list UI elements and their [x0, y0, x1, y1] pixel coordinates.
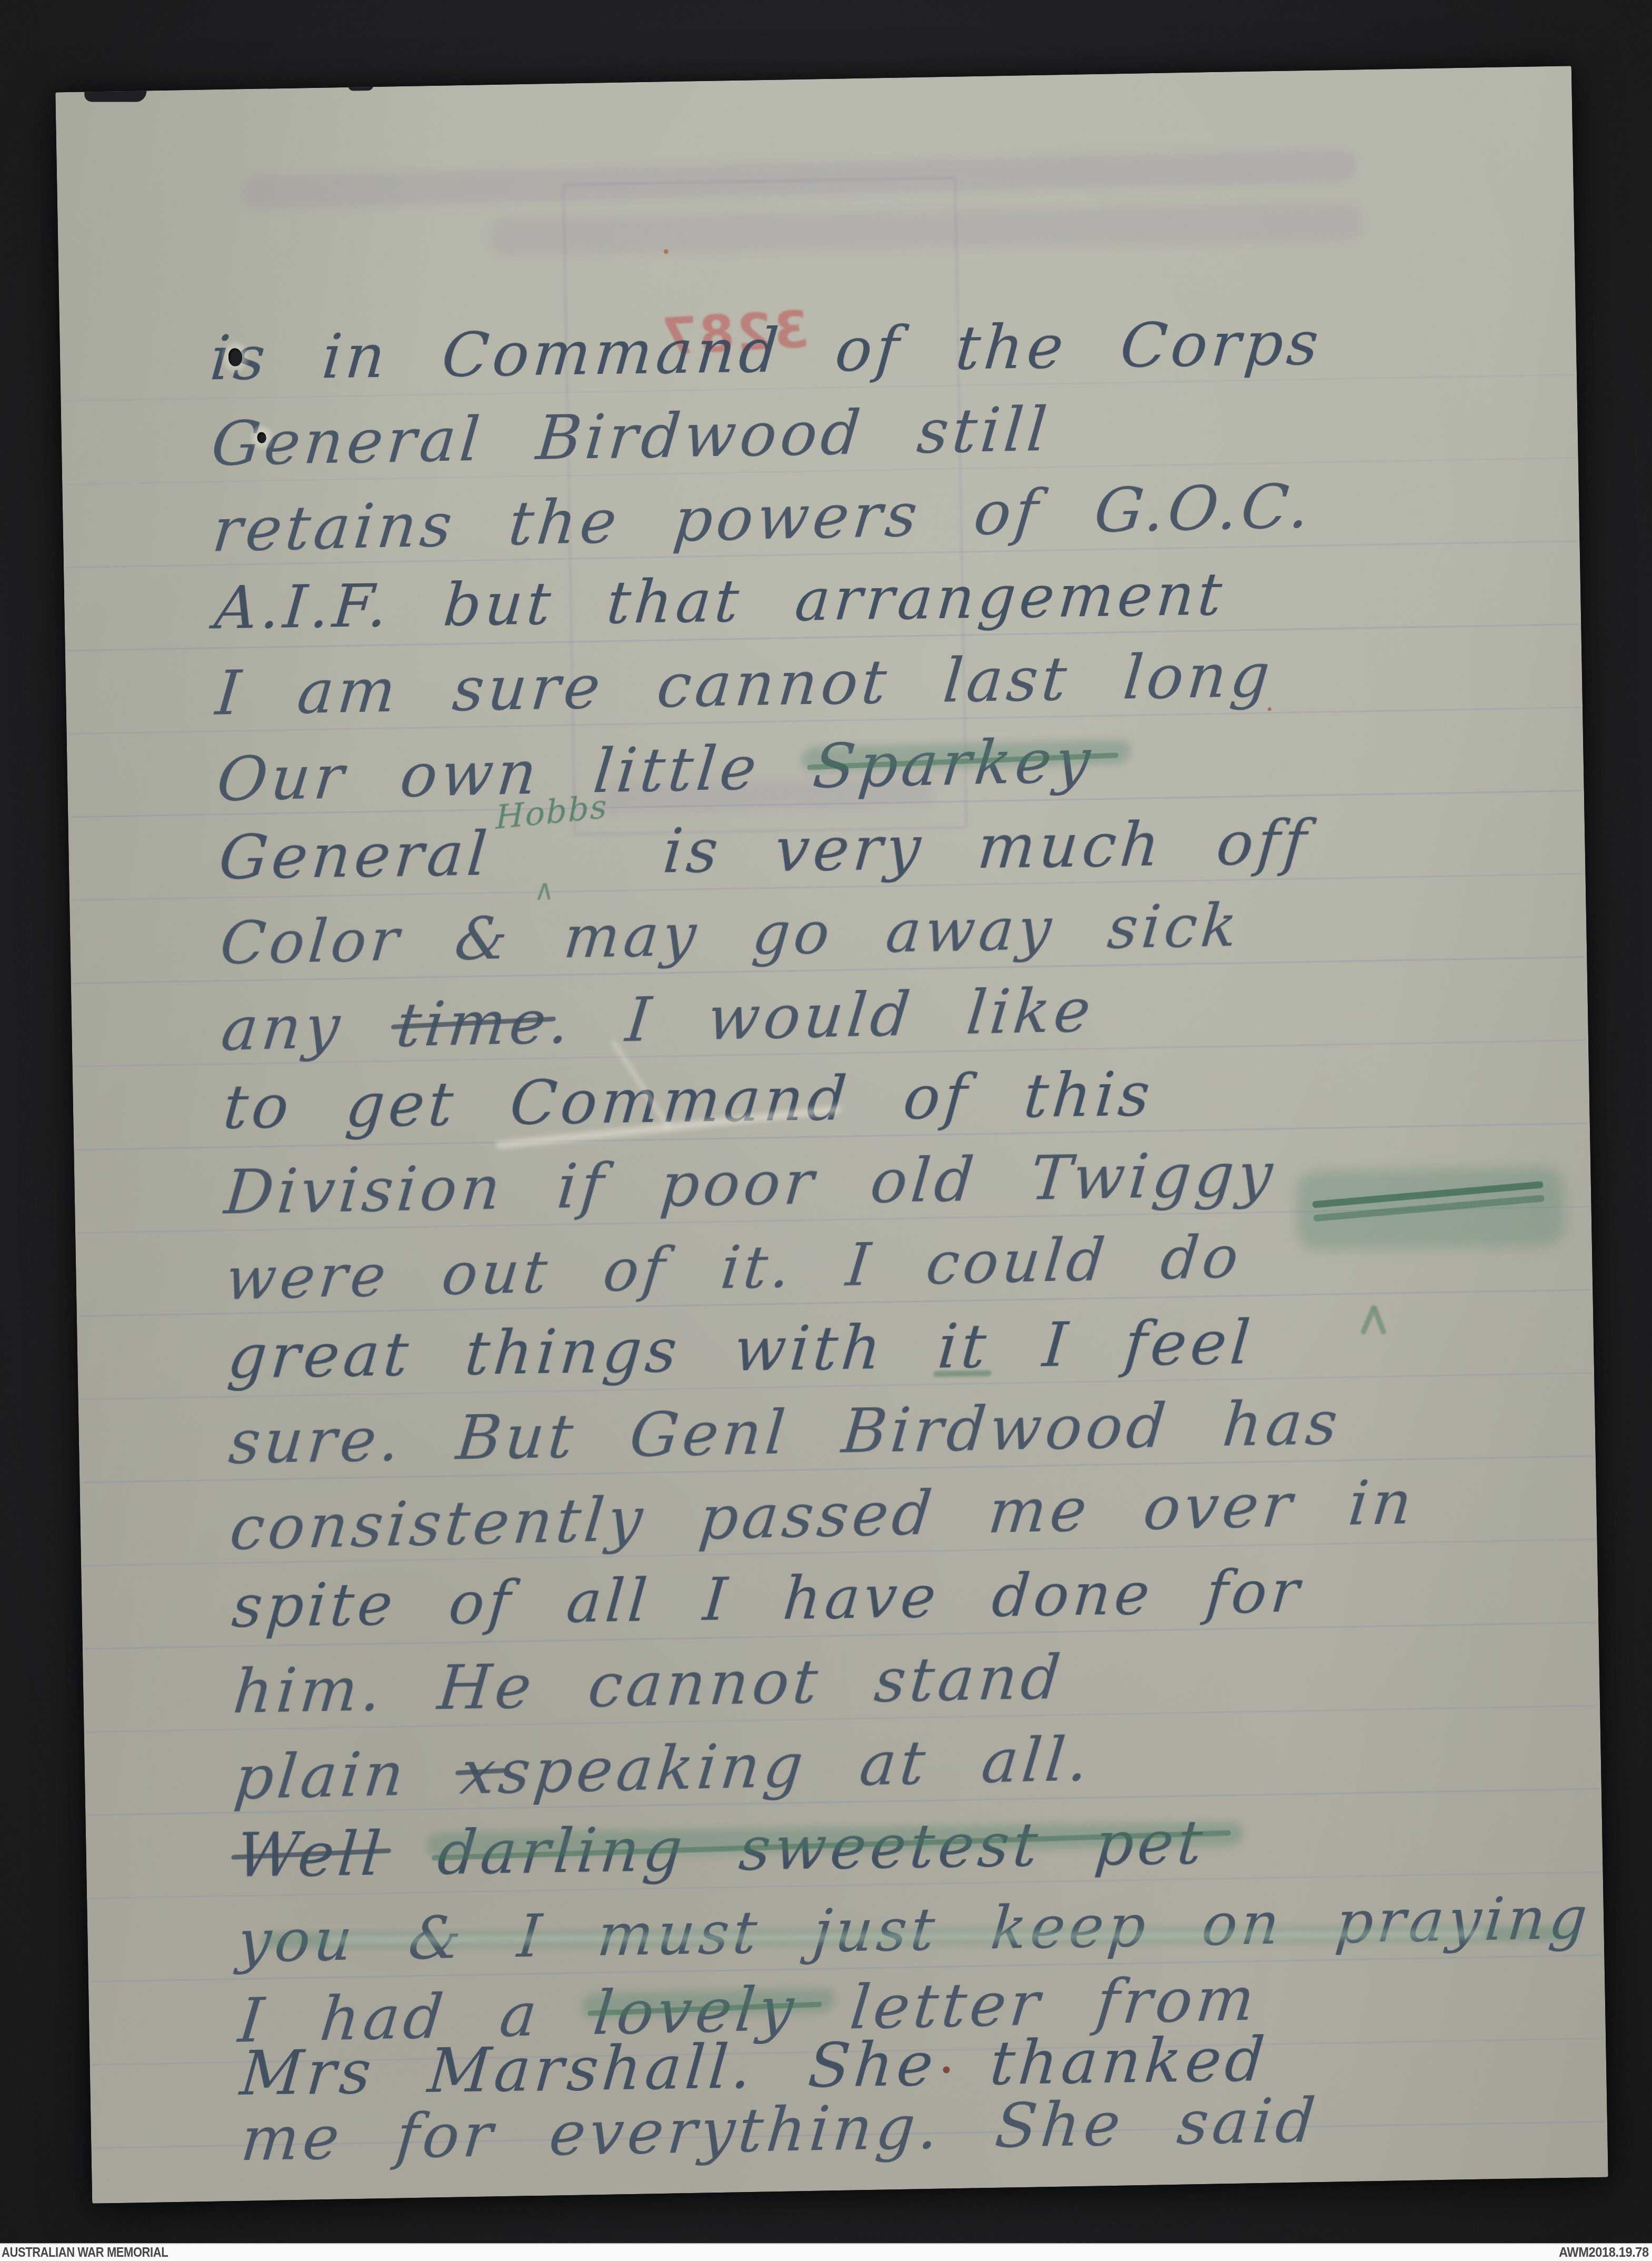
foxing-spot	[1268, 707, 1271, 711]
photo-backdrop: 3287 is in Command of the CorpsGeneral B…	[0, 0, 1652, 2261]
handwriting-segment: is in Command of the Corps	[207, 307, 1325, 394]
handwriting-segment: I am sure cannot last long	[213, 639, 1277, 729]
handwriting-segment: any	[218, 989, 400, 1065]
handwriting-segment: is very much off	[607, 807, 1313, 888]
handwriting-segment-strike-ink: Well	[234, 1818, 387, 1891]
paper-edge-notch	[84, 88, 146, 102]
handwriting-segment: Color & may go away sick	[217, 891, 1243, 977]
handwriting-segment-strike-green: darling sweetest pet	[435, 1807, 1208, 1889]
green-pencil-caret-mark	[1356, 1301, 1394, 1333]
credit-strip: AUSTRALIAN WAR MEMORIAL AWM2018.19.78	[0, 2243, 1652, 2261]
handwriting-segment: sure. But Genl Birdwood has	[226, 1387, 1345, 1477]
paper-edge-notch	[348, 85, 373, 91]
letter-page: 3287 is in Command of the CorpsGeneral B…	[55, 66, 1608, 2204]
ruled-lines	[55, 66, 1571, 92]
credit-left: AUSTRALIAN WAR MEMORIAL	[2, 2245, 168, 2260]
handwriting-segment: Division if poor old Twiggy	[222, 1138, 1279, 1228]
handwriting-segment: great things with	[225, 1311, 941, 1392]
handwriting-segment: A.I.F. but that arrangement	[212, 560, 1228, 642]
handwriting-segment: to get Command of this	[221, 1058, 1156, 1143]
handwriting-segment: General	[216, 818, 493, 893]
handwriting-segment: spite of all I have done for	[230, 1557, 1306, 1641]
handwriting-segment: General Birdwood still	[208, 393, 1053, 479]
handwriting-segment: I feel	[987, 1306, 1257, 1381]
handwriting-segment: speaking at all.	[495, 1723, 1096, 1808]
handwriting-segment-strike-ink: time	[393, 986, 553, 1061]
paper-hole	[228, 348, 243, 366]
paper-hole	[257, 432, 266, 443]
handwriting-segment-strike-ink: x	[457, 1736, 503, 1808]
handwriting-segment-underline-green: it	[935, 1310, 992, 1382]
handwriting-segment: were out of it. I could do	[223, 1222, 1245, 1313]
foxing-spot	[664, 249, 669, 254]
handwriting-segment: plain	[231, 1737, 464, 1813]
credit-right: AWM2018.19.78	[1559, 2245, 1649, 2260]
handwriting-segment-insert-green: Hobbs	[496, 790, 609, 834]
handwriting-segment: me for everything. She said	[238, 2085, 1322, 2175]
handwriting-segment-strike-green: Sparkey	[810, 725, 1097, 802]
handwriting-segment: . I would like	[546, 974, 1098, 1057]
green-pencil-smudge-annotation	[1296, 1167, 1566, 1251]
handwriting-segment: him. He cannot stand	[231, 1641, 1067, 1727]
